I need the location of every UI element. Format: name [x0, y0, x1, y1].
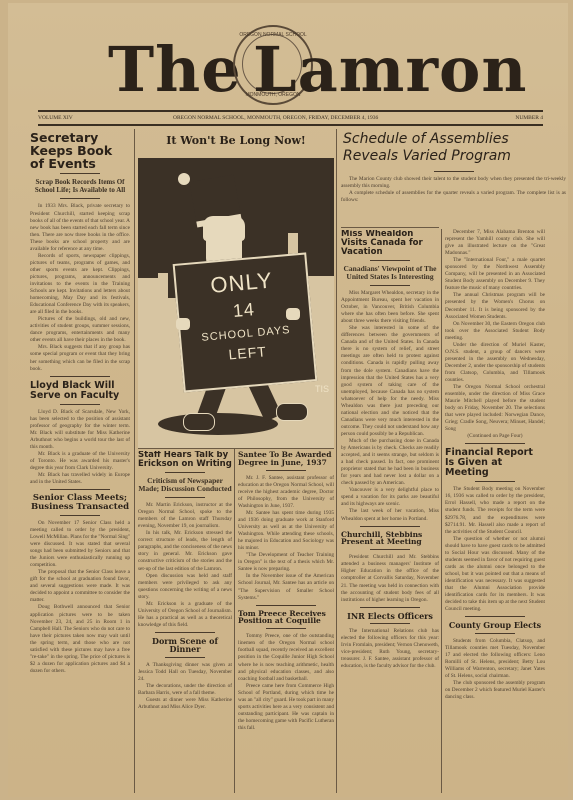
- body-dorm-dinner: A Thanksgiving dinner was given at Jessi…: [138, 662, 232, 711]
- masthead-title-lamron: Lamron: [253, 39, 527, 101]
- dateline: OREGON NORMAL SCHOOL, MONMOUTH, OREGON, …: [173, 115, 378, 121]
- headline-county-group: County Group Elects: [445, 621, 545, 629]
- body-senior-class: On November 17 Senior Class held a meeti…: [30, 520, 130, 675]
- article-churchill: Churchill, Stebbins Present at Meeting P…: [341, 531, 439, 604]
- article-whealdon: Miss Whealdon Visits Canada for Vacation…: [341, 230, 439, 523]
- column-3: Santee To Be Awarded Degree in June, 193…: [238, 451, 334, 796]
- headline-whealdon: Miss Whealdon Visits Canada for Vacation: [341, 230, 439, 257]
- column-2: Staff Hears Talk by Erickson on Writing …: [138, 451, 232, 796]
- masthead-rule-top: [38, 110, 543, 112]
- headline-dorm-dinner: Dorm Scene of Dinner: [138, 637, 232, 654]
- headline-secretary: Secretary Keeps Book of Events: [30, 131, 130, 170]
- headline-inr: INR Elects Officers: [341, 612, 439, 620]
- body-lloyd-black: Lloyd D. Black of Scarsdale, New York, h…: [30, 409, 130, 487]
- column-4: Miss Whealdon Visits Canada for Vacation…: [341, 230, 439, 796]
- headline-churchill: Churchill, Stebbins Present at Meeting: [341, 531, 439, 547]
- column-divider: [234, 443, 235, 793]
- body-staff-hears: Mr. Martin Erickson, instructor at the O…: [138, 502, 232, 629]
- issue-number: NUMBER 4: [515, 115, 543, 121]
- body-financial: The Student Body meeting on November 16,…: [445, 486, 545, 613]
- article-lloyd-black: Lloyd Black Will Serve on Faculty Lloyd …: [30, 381, 130, 486]
- deck-secretary: Scrap Book Records Items Of School Life;…: [30, 178, 130, 194]
- article-dorm-dinner: Dorm Scene of Dinner A Thanksgiving dinn…: [138, 637, 232, 711]
- column-divider: [336, 129, 337, 793]
- headline-lloyd-black: Lloyd Black Will Serve on Faculty: [30, 381, 130, 401]
- newspaper-page: The OREGON NORMAL SCHOOL MONMOUTH, OREGO…: [8, 3, 568, 797]
- headline-financial: Financial Report Is Given at Meeting: [445, 448, 545, 478]
- body-santee: Mr. J. F. Santee, assistant professor of…: [238, 475, 334, 602]
- continued-note: (Continued on Page Four): [445, 433, 545, 440]
- body-churchill: President Churchill and Mr. Stebbins att…: [341, 554, 439, 603]
- article-schedule-header: Schedule of Assemblies Reveals Varied Pr…: [341, 131, 566, 227]
- article-secretary: Secretary Keeps Book of Events Scrap Boo…: [30, 131, 130, 373]
- masthead-rule-bottom: [38, 124, 543, 126]
- column-1: Secretary Keeps Book of Events Scrap Boo…: [30, 131, 130, 796]
- santa-hat-pompom-icon: [178, 173, 190, 185]
- countdown-sign: ONLY 14 SCHOOL DAYS LEFT: [173, 252, 318, 392]
- cartoon-illustration: ONLY 14 SCHOOL DAYS LEFT TIS: [138, 158, 334, 448]
- masthead-title-the: The: [108, 39, 242, 101]
- body-preece: Tommy Preece, one of the outstanding lin…: [238, 633, 334, 732]
- cartoon-headline: It Won't Be Long Now!: [138, 135, 334, 147]
- masthead: The OREGON NORMAL SCHOOL MONMOUTH, OREGO…: [8, 3, 568, 123]
- body-inr: The International Relations club has ele…: [341, 628, 439, 670]
- column-divider: [441, 229, 442, 793]
- headline-schedule: Schedule of Assemblies Reveals Varied Pr…: [341, 131, 566, 165]
- article-inr: INR Elects Officers The International Re…: [341, 612, 439, 671]
- volume-label: VOLUME XIV: [38, 115, 73, 121]
- article-county-group: County Group Elects Students from Columb…: [445, 621, 545, 701]
- artist-signature: TIS: [315, 384, 329, 394]
- deck-staff-hears: Criticism of Newspaper Made; Discussion …: [138, 477, 232, 494]
- headline-senior-class: Senior Class Meets; Business Transacted: [30, 494, 130, 512]
- cartoon-title-box: It Won't Be Long Now!: [138, 131, 334, 155]
- body-county-group: Students from Columbia, Clatsop, and Til…: [445, 638, 545, 701]
- column-5: December 7, Miss Alabama Brenton will re…: [445, 229, 545, 796]
- article-preece: Tom Preece Receives Position at Coquille…: [238, 610, 334, 732]
- intro-schedule: The Marion County club showed their tale…: [341, 176, 566, 204]
- body-whealdon: Miss Margaret Whealdon, secretary in the…: [341, 290, 439, 523]
- article-financial: Financial Report Is Given at Meeting The…: [445, 448, 545, 613]
- headline-staff-hears: Staff Hears Talk by Erickson on Writing: [138, 451, 232, 469]
- body-secretary: In 1933 Mrs. Black, private secretary to…: [30, 203, 130, 372]
- article-santee: Santee To Be Awarded Degree in June, 193…: [238, 451, 334, 602]
- headline-santee: Santee To Be Awarded Degree in June, 193…: [238, 451, 334, 467]
- article-senior-class: Senior Class Meets; Business Transacted …: [30, 494, 130, 675]
- article-staff-hears: Staff Hears Talk by Erickson on Writing …: [138, 451, 232, 629]
- column-divider: [134, 129, 135, 793]
- headline-preece: Tom Preece Receives Position at Coquille: [238, 610, 334, 626]
- body-schedule: December 7, Miss Alabama Brenton will re…: [445, 229, 545, 440]
- deck-whealdon: Canadians' Viewpoint of The United State…: [341, 265, 439, 282]
